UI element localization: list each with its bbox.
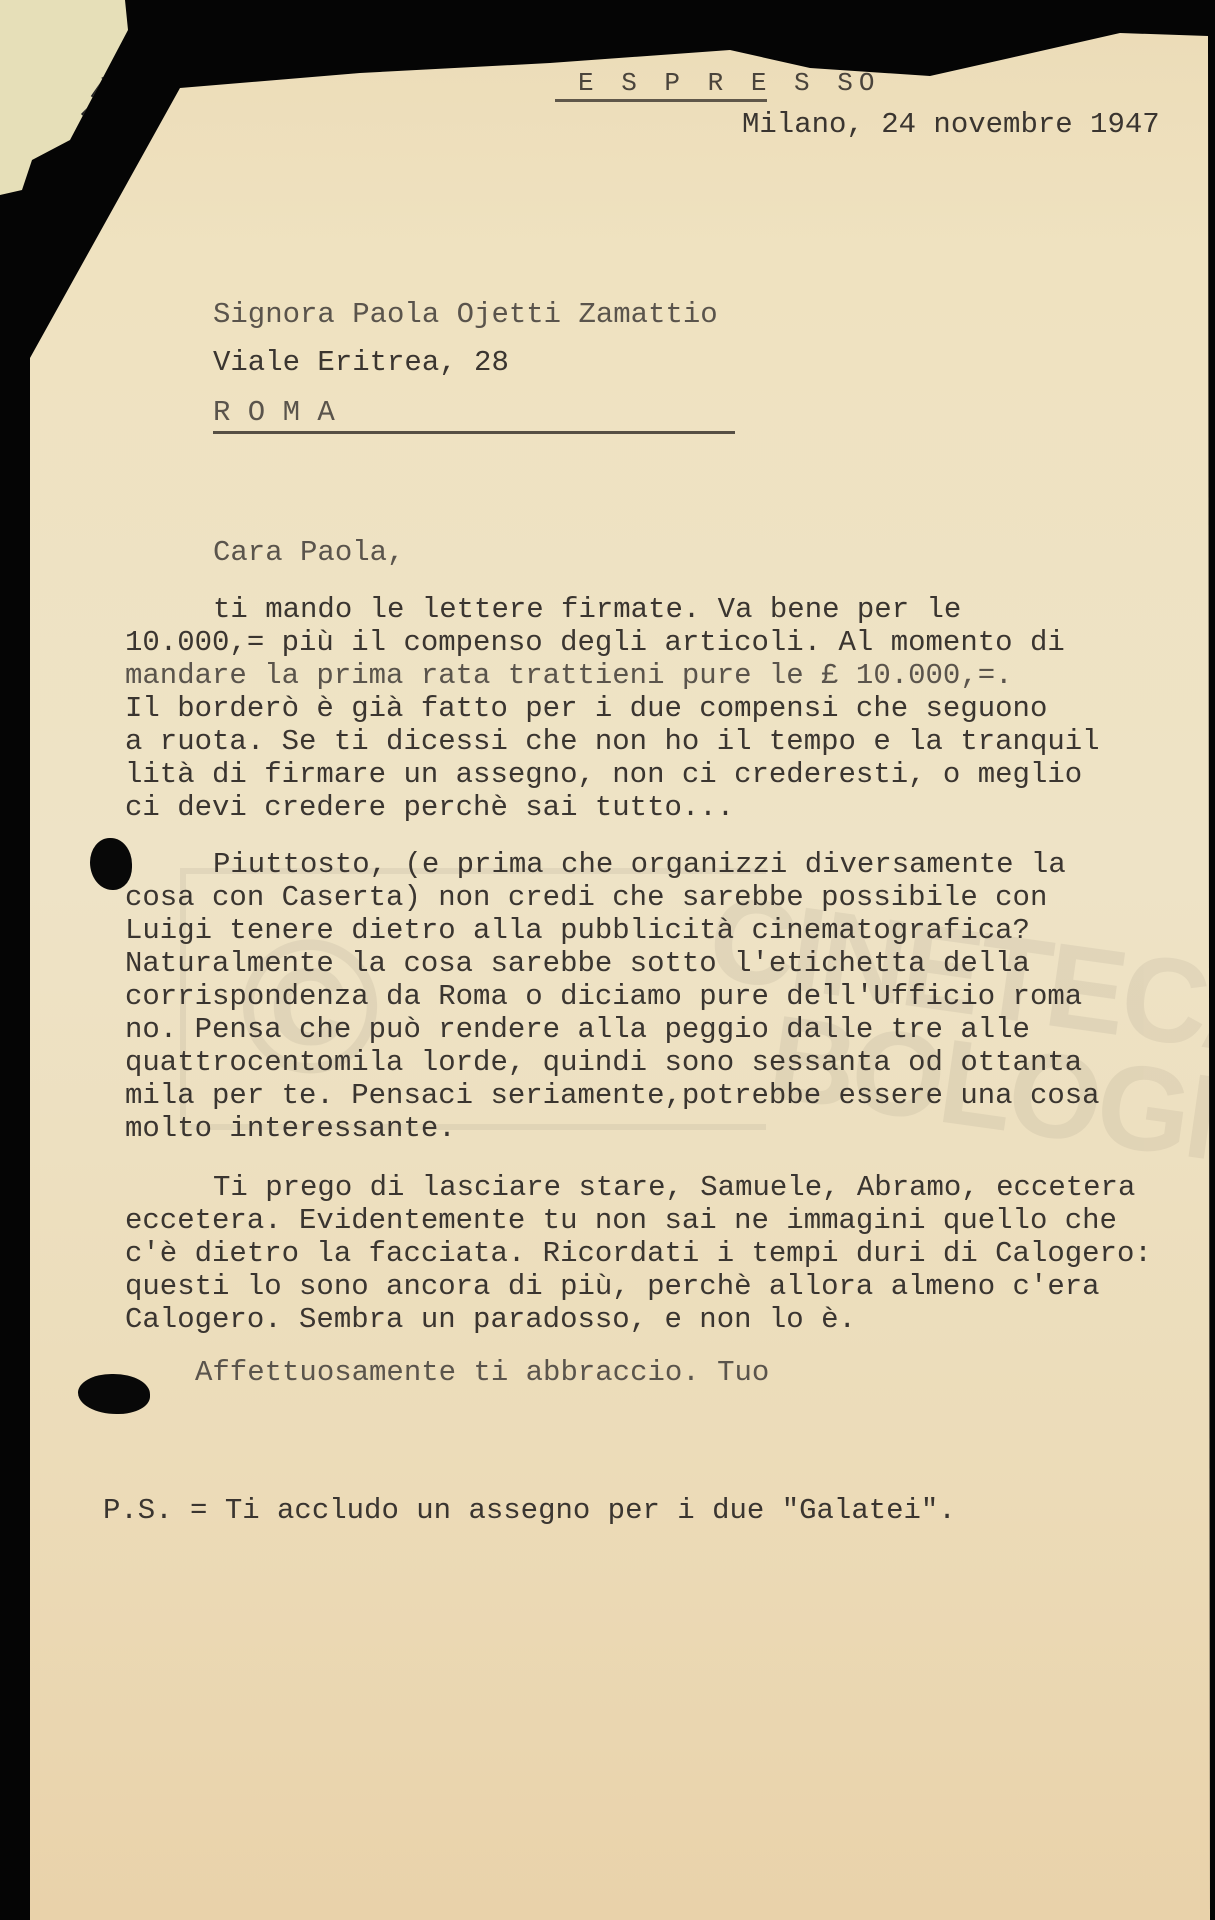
- punch-hole-top: [90, 838, 132, 890]
- heading-underline: [555, 99, 767, 102]
- paragraph-line: no. Pensa che può rendere alla peggio da…: [125, 1013, 1030, 1046]
- closing-line: Affettuosamente ti abbraccio. Tuo: [195, 1356, 769, 1389]
- staple-mark-icon: [72, 55, 132, 125]
- espresso-stamp-heading: E S P R E S SO: [578, 68, 880, 98]
- paragraph-line: cosa con Caserta) non credi che sarebbe …: [125, 881, 1047, 914]
- salutation: Cara Paola,: [213, 536, 404, 569]
- punch-hole-bottom: [78, 1374, 150, 1414]
- paragraph-line: Naturalmente la cosa sarebbe sotto l'eti…: [125, 947, 1030, 980]
- recipient-city: R O M A: [213, 396, 335, 429]
- paragraph-line: mila per te. Pensaci seriamente,potrebbe…: [125, 1079, 1100, 1112]
- paragraph-line: ci devi credere perchè sai tutto...: [125, 791, 734, 824]
- address-underline: [213, 431, 735, 434]
- paragraph-line: Luigi tenere dietro alla pubblicità cine…: [125, 914, 1030, 947]
- paragraph-line: corrispondenza da Roma o diciamo pure de…: [125, 980, 1082, 1013]
- recipient-name: Signora Paola Ojetti Zamattio: [213, 298, 718, 331]
- postscript: P.S. = Ti accludo un assegno per i due "…: [103, 1494, 956, 1527]
- paragraph-line: Piuttosto, (e prima che organizzi divers…: [213, 848, 1066, 881]
- paragraph-line: quattrocentomila lorde, quindi sono sess…: [125, 1046, 1082, 1079]
- paragraph-line: ti mando le lettere firmate. Va bene per…: [213, 593, 961, 626]
- date-line: Milano, 24 novembre 1947: [742, 108, 1160, 141]
- paragraph-line: questi lo sono ancora di più, perchè all…: [125, 1270, 1100, 1303]
- paragraph-line: molto interessante.: [125, 1112, 456, 1145]
- paragraph-line: a ruota. Se ti dicessi che non ho il tem…: [125, 725, 1100, 758]
- paragraph-line: Ti prego di lasciare stare, Samuele, Abr…: [213, 1171, 1135, 1204]
- paragraph-line: lità di firmare un assegno, non ci crede…: [125, 758, 1082, 791]
- paragraph-line: eccetera. Evidentemente tu non sai ne im…: [125, 1204, 1117, 1237]
- paragraph-line: Calogero. Sembra un paradosso, e non lo …: [125, 1303, 856, 1336]
- letter-page: © CINETECA BOLOGNA E S P R E S SO Milano…: [30, 28, 1210, 1920]
- paragraph-line: mandare la prima rata trattieni pure le …: [125, 659, 1013, 692]
- paragraph-line: Il borderò è già fatto per i due compens…: [125, 692, 1047, 725]
- paragraph-line: 10.000,= più il compenso degli articoli.…: [125, 626, 1065, 659]
- recipient-street: Viale Eritrea, 28: [213, 346, 509, 379]
- folded-corner-flap: [0, 0, 130, 195]
- paragraph-line: c'è dietro la facciata. Ricordati i temp…: [125, 1237, 1152, 1270]
